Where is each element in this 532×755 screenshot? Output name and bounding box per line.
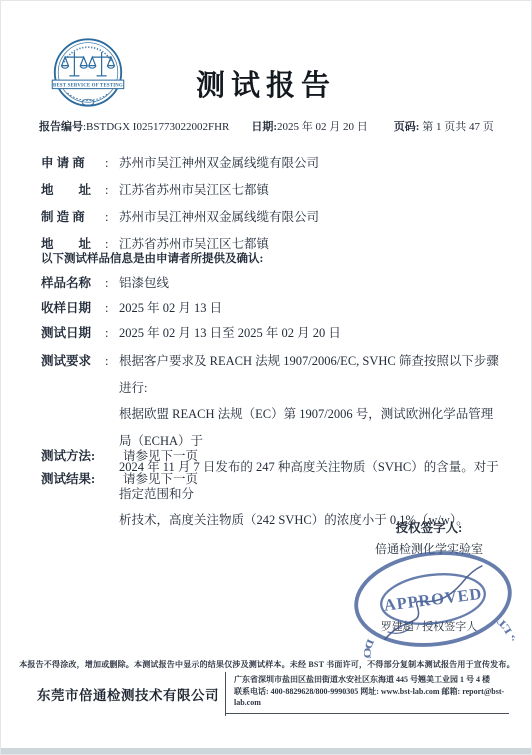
colon: :	[99, 204, 119, 231]
received-date-row: 收样日期 : 2025 年 02 月 13 日	[41, 296, 501, 321]
footer: 东莞市倍通检测技术有限公司 广东省深圳市盐田区盐田街道水安社区东海道 445 号…	[37, 672, 509, 716]
report-date: 日期:2025 年 02 月 20 日	[251, 118, 367, 134]
test-requirement-label: 测试要求	[41, 348, 99, 375]
test-date-label: 测试日期	[41, 321, 99, 346]
colon: :	[99, 177, 119, 204]
requirement-line: 根据客户要求及 REACH 法规 1907/2006/EC, SVHC 筛查按照…	[119, 348, 503, 401]
test-date-row: 测试日期 : 2025 年 02 月 13 日至 2025 年 02 月 20 …	[41, 321, 501, 346]
manufacturer-value: 苏州市吴江神州双金属线缆有限公司	[119, 204, 501, 231]
sample-name-label: 样品名称	[41, 271, 99, 296]
company-contact-line: 联系电话: 400-8829628/800-9990305 网址: www.bs…	[234, 686, 509, 709]
sample-name-value: 铝漆包线	[119, 271, 501, 296]
colon: :	[99, 271, 119, 296]
company-address-line: 广东省深圳市盐田区盐田街道水安社区东海道 445 号翘美工业园 1 号 4 楼	[234, 674, 509, 686]
report-number-label: 报告编号	[39, 121, 83, 133]
colon: :	[99, 321, 119, 346]
received-date-value: 2025 年 02 月 13 日	[119, 296, 501, 321]
report-pagination: 页码: 第 1 页共 47 页	[394, 118, 494, 134]
approved-stamp-icon: DONGGUAN BST TESTING CO., LTD APPROVED	[345, 538, 520, 659]
sample-name-row: 样品名称 : 铝漆包线	[41, 271, 501, 296]
applicant-label: 申 请 商	[41, 150, 99, 177]
test-report-page: BEST SERVICE OF TESTING 测试报告 报告编号:BSTDGX…	[0, 0, 532, 755]
signoff-section: 授权签字人: 倍通检测化学实验室 罗建超 / 授权签字人 DONGGUAN BS…	[341, 518, 517, 668]
report-page-label: 页码:	[394, 121, 420, 133]
test-method-label: 测试方法:	[41, 445, 107, 468]
test-method-value: 请参见下一页	[107, 445, 198, 468]
test-requirement-section: 测试要求 : 根据客户要求及 REACH 法规 1907/2006/EC, SV…	[41, 348, 503, 534]
test-date-value: 2025 年 02 月 13 日至 2025 年 02 月 20 日	[119, 321, 501, 346]
manufacturer-row: 制 造 商 : 苏州市吴江神州双金属线缆有限公司	[41, 204, 501, 231]
method-result-section: 测试方法: 请参见下一页 测试结果: 请参见下一页	[41, 445, 441, 491]
page-title: 测试报告	[1, 63, 531, 104]
applicant-address-row: 地 址 : 江苏省苏州市吴江区七都镇	[41, 177, 501, 204]
colon: :	[99, 348, 119, 375]
received-date-label: 收样日期	[41, 296, 99, 321]
report-number: 报告编号:BSTDGX I0251773022002FHR	[39, 118, 229, 134]
colon: :	[99, 296, 119, 321]
test-requirement-text: 根据客户要求及 REACH 法规 1907/2006/EC, SVHC 筛查按照…	[119, 348, 503, 534]
sample-section: 样品名称 : 铝漆包线 收样日期 : 2025 年 02 月 13 日 测试日期…	[41, 271, 501, 346]
parties-section: 申 请 商 : 苏州市吴江神州双金属线缆有限公司 地 址 : 江苏省苏州市吴江区…	[41, 150, 501, 258]
test-result-row: 测试结果: 请参见下一页	[41, 468, 441, 491]
report-date-value: 2025 年 02 月 20 日	[277, 121, 368, 133]
sample-intro-text: 以下测试样品信息是由申请者所提供及确认:	[41, 250, 263, 266]
company-name: 东莞市倍通检测技术有限公司	[37, 672, 225, 716]
address-label: 地 址	[41, 177, 99, 204]
applicant-value: 苏州市吴江神州双金属线缆有限公司	[119, 150, 501, 177]
test-result-value: 请参见下一页	[107, 468, 198, 491]
test-result-label: 测试结果:	[41, 468, 107, 491]
test-requirement-row: 测试要求 : 根据客户要求及 REACH 法规 1907/2006/EC, SV…	[41, 348, 503, 534]
stamp-approved-text: APPROVED	[383, 584, 483, 615]
report-date-label: 日期:	[251, 121, 277, 133]
applicant-row: 申 请 商 : 苏州市吴江神州双金属线缆有限公司	[41, 150, 501, 177]
disclaimer-text: 本报告不得涂改，增加或删除。本测试报告中显示的结果仅涉及测试样本。未经 BST …	[11, 659, 523, 670]
colon: :	[99, 150, 119, 177]
address-value: 江苏省苏州市吴江区七都镇	[119, 177, 501, 204]
report-meta-row: 报告编号:BSTDGX I0251773022002FHR 日期:2025 年 …	[39, 118, 509, 134]
company-address-block: 广东省深圳市盐田区盐田街道水安社区东海道 445 号翘美工业园 1 号 4 楼 …	[226, 672, 509, 714]
authorized-signer-heading: 授权签字人:	[341, 518, 517, 538]
approved-stamp: DONGGUAN BST TESTING CO., LTD APPROVED	[345, 538, 520, 659]
manufacturer-label: 制 造 商	[41, 204, 99, 231]
report-page-value: 第 1 页共 47 页	[422, 121, 494, 133]
page-edge	[1, 748, 531, 754]
test-method-row: 测试方法: 请参见下一页	[41, 445, 441, 468]
report-number-value: :BSTDGX I0251773022002FHR	[83, 121, 229, 133]
